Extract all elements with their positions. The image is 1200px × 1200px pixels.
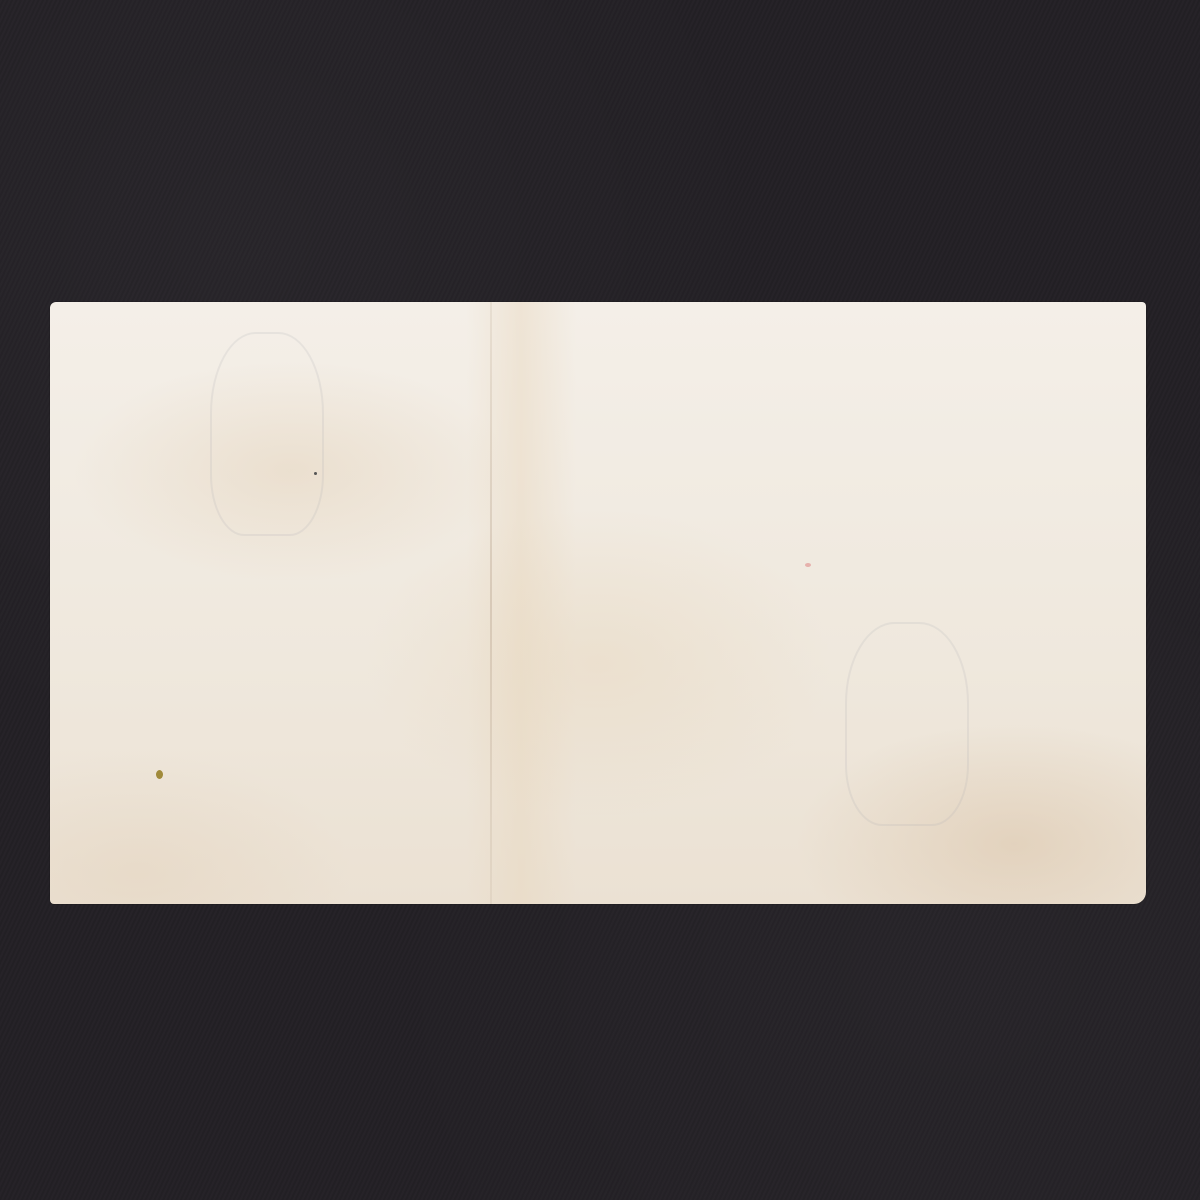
stain-spot (156, 770, 163, 779)
vertical-fold-crease (490, 302, 492, 904)
banknote-reverse (50, 302, 1146, 904)
red-fleck (805, 563, 811, 567)
faint-show-through-left (210, 332, 324, 536)
faint-show-through-right (845, 622, 969, 826)
ink-dot (314, 472, 317, 475)
